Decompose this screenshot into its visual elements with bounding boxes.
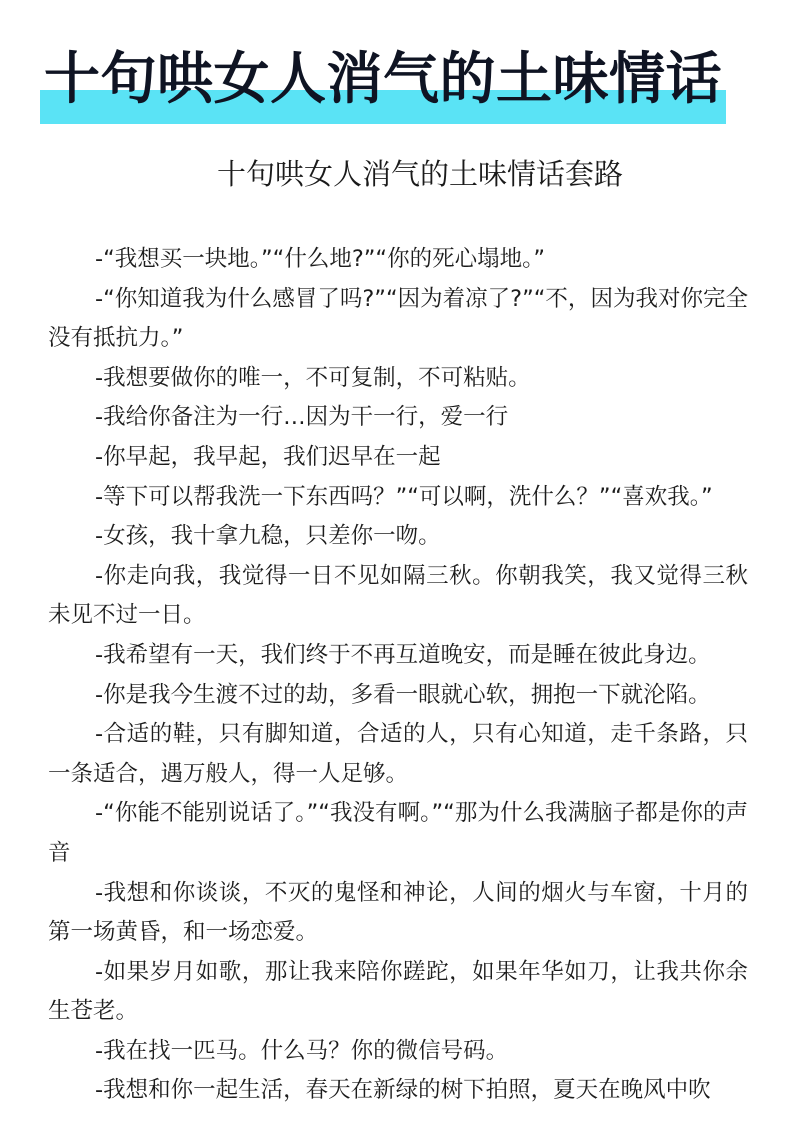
paragraph: -你走向我，我觉得一日不见如隔三秋。你朝我笑，我又觉得三秋未见不过一日。 — [48, 557, 748, 636]
subtitle: 十句哄女人消气的土味情话套路 — [0, 152, 800, 196]
paragraph: -女孩，我十拿九稳，只差你一吻。 — [48, 517, 748, 557]
article-body: -“我想买一块地。”“什么地?”“你的死心塌地。” -“你知道我为什么感冒了吗?… — [48, 240, 748, 1111]
paragraph: -我在找一匹马。什么马？你的微信号码。 — [48, 1032, 748, 1072]
paragraph: -“我想买一块地。”“什么地?”“你的死心塌地。” — [48, 240, 748, 280]
paragraph: -我希望有一天，我们终于不再互道晚安，而是睡在彼此身边。 — [48, 636, 748, 676]
paragraph: -我想要做你的唯一，不可复制，不可粘贴。 — [48, 359, 748, 399]
paragraph: -如果岁月如歌，那让我来陪你蹉跎，如果年华如刀，让我共你余生苍老。 — [48, 953, 748, 1032]
page-title: 十句哄女人消气的土味情话 — [44, 42, 722, 118]
paragraph: -我想和你谈谈，不灭的鬼怪和神论，人间的烟火与车窗，十月的第一场黄昏，和一场恋爱… — [48, 874, 748, 953]
paragraph: -我给你备注为一行…因为干一行，爱一行 — [48, 398, 748, 438]
paragraph: -你早起，我早起，我们迟早在一起 — [48, 438, 748, 478]
paragraph: -“你知道我为什么感冒了吗?”“因为着凉了?”“不，因为我对你完全没有抵抗力。” — [48, 280, 748, 359]
paragraph: -“你能不能别说话了。”“我没有啊。”“那为什么我满脑子都是你的声音 — [48, 794, 748, 873]
paragraph: -合适的鞋，只有脚知道，合适的人，只有心知道，走千条路，只一条适合，遇万般人，得… — [48, 715, 748, 794]
title-block: 十句哄女人消气的土味情话 — [40, 40, 726, 130]
paragraph: -等下可以帮我洗一下东西吗？”“可以啊，洗什么？”“喜欢我。” — [48, 478, 748, 518]
paragraph: -我想和你一起生活，春天在新绿的树下拍照，夏天在晚风中吹 — [48, 1071, 748, 1111]
paragraph: -你是我今生渡不过的劫，多看一眼就心软，拥抱一下就沦陷。 — [48, 676, 748, 716]
